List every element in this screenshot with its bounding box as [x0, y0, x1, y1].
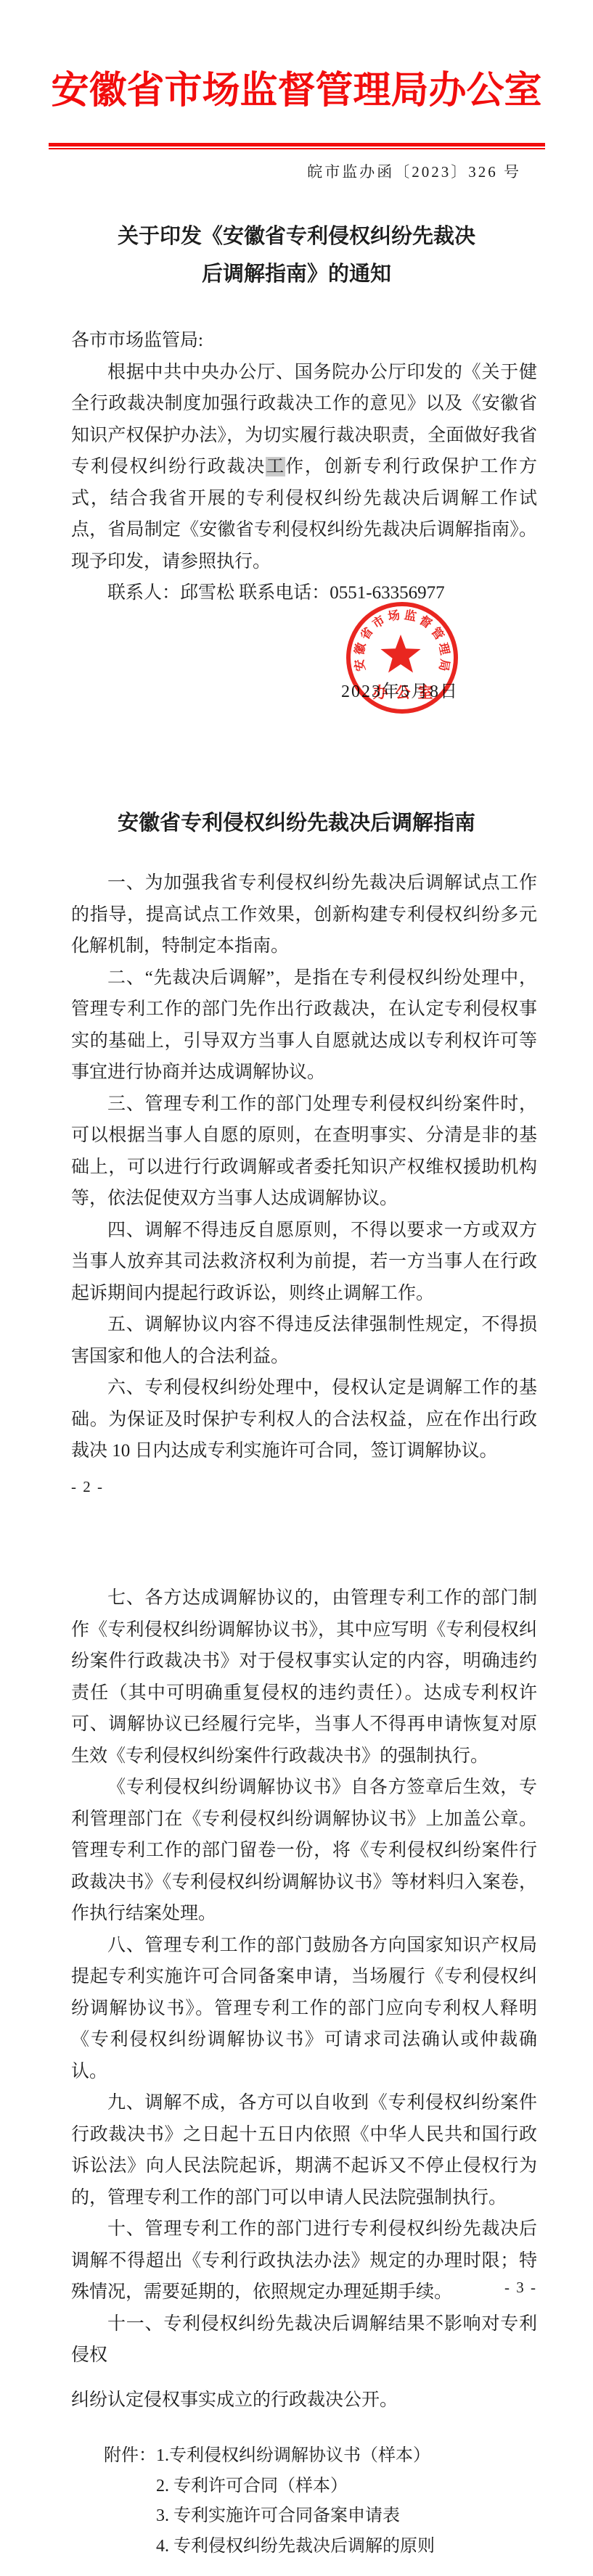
- guide-paragraph-11-continuation: 纠纷认定侵权事实成立的行政裁决公开。: [71, 2385, 537, 2416]
- guide-paragraph-9: 九、调解不成，各方可以自收到《专利侵权纠纷案件行政裁决书》之日起十五日内依照《中…: [71, 2087, 537, 2213]
- official-seal-stamp: 办公室 安徽省市场监督管理局: [344, 600, 460, 716]
- document-number: 皖市监办函〔2023〕326 号: [71, 160, 537, 182]
- highlighted-character: 工: [266, 457, 285, 476]
- notice-paragraph: 根据中共中央办公厅、国务院办公厅印发的《关于健全行政裁决制度加强行政裁决工作的意…: [71, 357, 537, 578]
- attachment-item: 4. 专利侵权纠纷先裁决后调解的原则: [156, 2532, 510, 2562]
- guide-title: 安徽省专利侵权纠纷先裁决后调解指南: [0, 806, 593, 836]
- seal-arc-character: 徽: [352, 641, 368, 656]
- guide-paragraph-11-start: 十一、专利侵权纠纷先裁决后调解结果不影响对专利侵权: [71, 2308, 537, 2371]
- seal-arc-character: 监: [403, 607, 418, 624]
- letterhead-red-divider: [49, 143, 545, 149]
- guide-paragraph-8: 八、管理专利工作的部门鼓励各方向国家知识产权局提起专利实施许可合同备案申请，当场…: [71, 1930, 537, 2088]
- document-scan: 安徽省市场监督管理局办公室 皖市监办函〔2023〕326 号 关于印发《安徽省专…: [0, 0, 593, 2576]
- attachment-item: 3. 专利实施许可合同备案申请表: [156, 2501, 510, 2532]
- attachment-item-1: 1.专利侵权纠纷调解协议书（样本）: [156, 2446, 430, 2465]
- guide-paragraph-6: 六、专利侵权纠纷处理中，侵权认定是调解工作的基础。为保证及时保护专利权人的合法权…: [71, 1372, 537, 1467]
- guide-paragraph-3: 三、管理专利工作的部门处理专利侵权纠纷案件时，可以根据当事人自愿的原则，在查明事…: [71, 1089, 537, 1215]
- guide-body-page2: 一、为加强我省专利侵权纠纷先裁决后调解试点工作的指导，提高试点工作效果，创新构建…: [71, 867, 537, 1467]
- guide-paragraph-4: 四、调解不得违反自愿原则，不得以要求一方或双方当事人放弃其司法救济权利为前提，若…: [71, 1215, 537, 1310]
- seal-arc-character: 理: [436, 641, 452, 656]
- attachment-item: 附件：1.专利侵权纠纷调解协议书（样本）: [104, 2441, 510, 2472]
- guide-body-page4: 纠纷认定侵权事实成立的行政裁决公开。: [71, 2385, 537, 2416]
- guide-body-page3: 七、各方达成调解协议的，由管理专利工作的部门制作《专利侵权纠纷调解协议书》，其中…: [71, 1582, 537, 2371]
- seal-arc-character: 局: [436, 658, 452, 672]
- page-3-footer: - 3 -: [0, 2279, 537, 2297]
- attachment-item: 2. 专利许可合同（样本）: [156, 2472, 510, 2502]
- guide-paragraph-5: 五、调解协议内容不得违反法律强制性规定，不得损害国家和他人的合法利益。: [71, 1309, 537, 1372]
- star-icon: [380, 635, 420, 673]
- salutation: 各市市场监管局:: [71, 325, 537, 357]
- seal-bottom-text: 办公室: [373, 684, 441, 701]
- guide-paragraph-7b: 《专利侵权纠纷调解协议书》自各方签章后生效，专利管理部门在《专利侵权纠纷调解协议…: [71, 1772, 537, 1930]
- page-2-footer: - 2 -: [71, 1478, 104, 1496]
- notice-title-line1: 关于印发《安徽省专利侵权纠纷先裁决: [0, 218, 593, 255]
- notice-body: 各市市场监管局: 根据中共中央办公厅、国务院办公厅印发的《关于健全行政裁决制度加…: [71, 325, 537, 609]
- seal-arc-character: 安: [351, 658, 368, 672]
- guide-paragraph-1: 一、为加强我省专利侵权纠纷先裁决后调解试点工作的指导，提高试点工作效果，创新构建…: [71, 867, 537, 962]
- attachments-list: 附件：1.专利侵权纠纷调解协议书（样本） 2. 专利许可合同（样本） 3. 专利…: [104, 2441, 510, 2561]
- guide-paragraph-2: 二、“先裁决后调解”，是指在专利侵权纠纷处理中，管理专利工作的部门先作出行政裁决…: [71, 962, 537, 1089]
- seal-arc-character: 场: [387, 608, 401, 624]
- notice-title: 关于印发《安徽省专利侵权纠纷先裁决 后调解指南》的通知: [0, 218, 593, 293]
- notice-title-line2: 后调解指南》的通知: [0, 255, 593, 293]
- contact-line: 联系人：邱雪松 联系电话：0551-63356977: [71, 577, 537, 609]
- attachments-label: 附件：: [104, 2446, 156, 2465]
- guide-paragraph-7: 七、各方达成调解协议的，由管理专利工作的部门制作《专利侵权纠纷调解协议书》，其中…: [71, 1582, 537, 1772]
- letterhead-org-title: 安徽省市场监督管理局办公室: [0, 59, 593, 114]
- divider-thin-bar: [49, 148, 545, 149]
